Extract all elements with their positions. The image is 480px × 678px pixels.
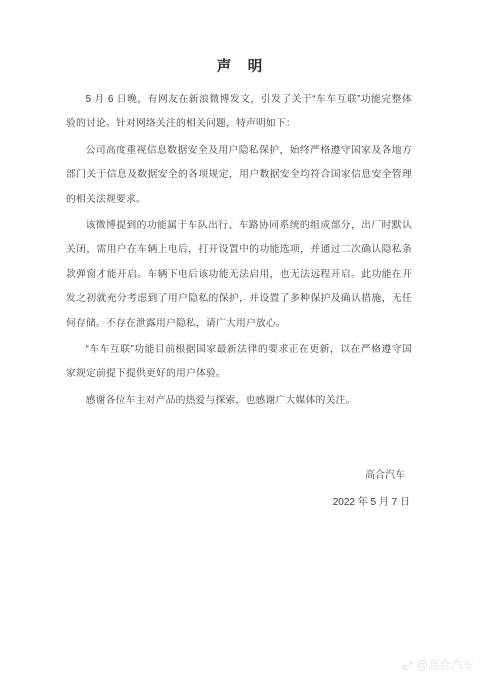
paragraph-function-explanation: 该微博提到的功能属于车队出行、车路协同系统的组成部分，出厂时默认关闭，需用户在车… <box>66 214 412 336</box>
company-signature: 高合汽车 <box>333 462 410 489</box>
statement-document: 声 明 5 月 6 日晚，有网友在新浪微博发文，引发了关于“车车互联”功能完整体… <box>0 0 480 678</box>
paragraph-data-security: 公司高度重视信息数据安全及用户隐私保护，始终严格遵守国家及各地方部门关于信息及数… <box>66 139 412 212</box>
paragraph-thanks: 感谢各位车主对产品的热爱与探索，也感谢广大媒体的关注。 <box>66 389 412 413</box>
signature-block: 高合汽车 2022 年 5 月 7 日 <box>333 462 410 516</box>
weibo-icon <box>401 659 414 672</box>
paragraph-update-notice: “车车互联”功能目前根据国家最新法律的要求正在更新，以在严格遵守国家规定前提下提… <box>66 338 412 387</box>
weibo-watermark: @高合汽车 <box>401 657 474 673</box>
document-title: 声 明 <box>0 0 480 77</box>
statement-date: 2022 年 5 月 7 日 <box>333 489 410 516</box>
watermark-text: @高合汽车 <box>416 657 474 673</box>
document-body: 5 月 6 日晚，有网友在新浪微博发文，引发了关于“车车互联”功能完整体验的讨论… <box>66 88 412 413</box>
paragraph-intro: 5 月 6 日晚，有网友在新浪微博发文，引发了关于“车车互联”功能完整体验的讨论… <box>66 88 412 137</box>
